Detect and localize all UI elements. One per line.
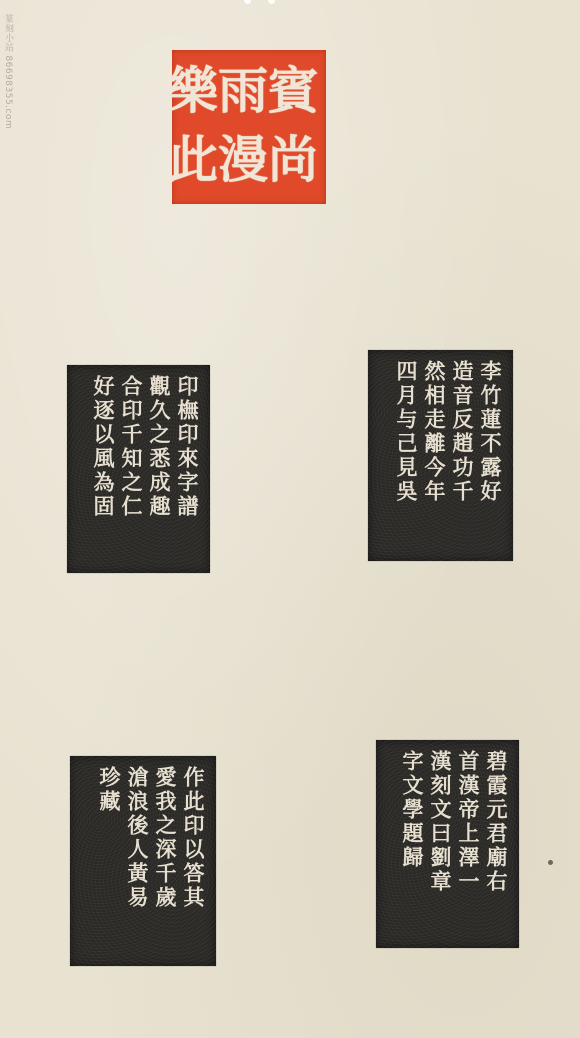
inscription-column: 印橅印來字譜 <box>175 375 200 565</box>
seal-character: 尚 <box>268 127 318 196</box>
seal-character: 賓 <box>268 58 318 127</box>
inscription-column: 觀久之悉成趣 <box>147 375 172 565</box>
inscription-column: 漢刻文曰劉章 <box>428 750 453 940</box>
inscription-column: 李竹蓮不露好 <box>478 360 503 553</box>
inscription-column: 愛我之深千歲 <box>153 766 178 958</box>
inscription-column: 珍藏 <box>97 766 122 958</box>
inscription-column: 碧霞元君廟右 <box>484 750 509 940</box>
side-inscription-rubbing-bottom-left: 作此印以答其 愛我之深千歲 滄浪後人黃易 珍藏 <box>70 756 216 966</box>
side-inscription-rubbing-middle-right: 李竹蓮不露好 造音反趙功千 然相走離今年 四月与己見吳 <box>368 350 513 561</box>
watermark-site-name: 篆刻小站 <box>3 14 13 52</box>
inscription-column: 然相走離今年 <box>422 360 447 553</box>
hole-mark <box>268 0 275 4</box>
seal-character: 此 <box>168 127 218 196</box>
inscription-column: 字文學題歸 <box>400 750 425 940</box>
watermark: 篆刻小站 86698355.com <box>2 14 13 129</box>
inscription-column: 好逐以風為固 <box>91 375 116 565</box>
side-inscription-rubbing-bottom-right: 碧霞元君廟右 首漢帝上澤一 漢刻文曰劉章 字文學題歸 <box>376 740 519 948</box>
paper-speck <box>548 860 553 865</box>
seal-character: 漫 <box>218 127 268 196</box>
inscription-column: 首漢帝上澤一 <box>456 750 481 940</box>
seal-character: 樂 <box>168 58 218 127</box>
side-inscription-rubbing-middle-left: 印橅印來字譜 觀久之悉成趣 合印千知之仁 好逐以風為固 <box>67 365 210 573</box>
red-seal-impression: 賓 雨 樂 尚 漫 此 <box>172 50 326 204</box>
watermark-url: 86698355.com <box>3 55 13 129</box>
inscription-column: 合印千知之仁 <box>119 375 144 565</box>
inscription-column: 四月与己見吳 <box>394 360 419 553</box>
seal-character: 雨 <box>218 58 268 127</box>
top-edge-marks <box>240 0 280 6</box>
inscription-column: 造音反趙功千 <box>450 360 475 553</box>
inscription-column: 滄浪後人黃易 <box>125 766 150 958</box>
hole-mark <box>244 0 251 4</box>
inscription-column: 作此印以答其 <box>181 766 206 958</box>
